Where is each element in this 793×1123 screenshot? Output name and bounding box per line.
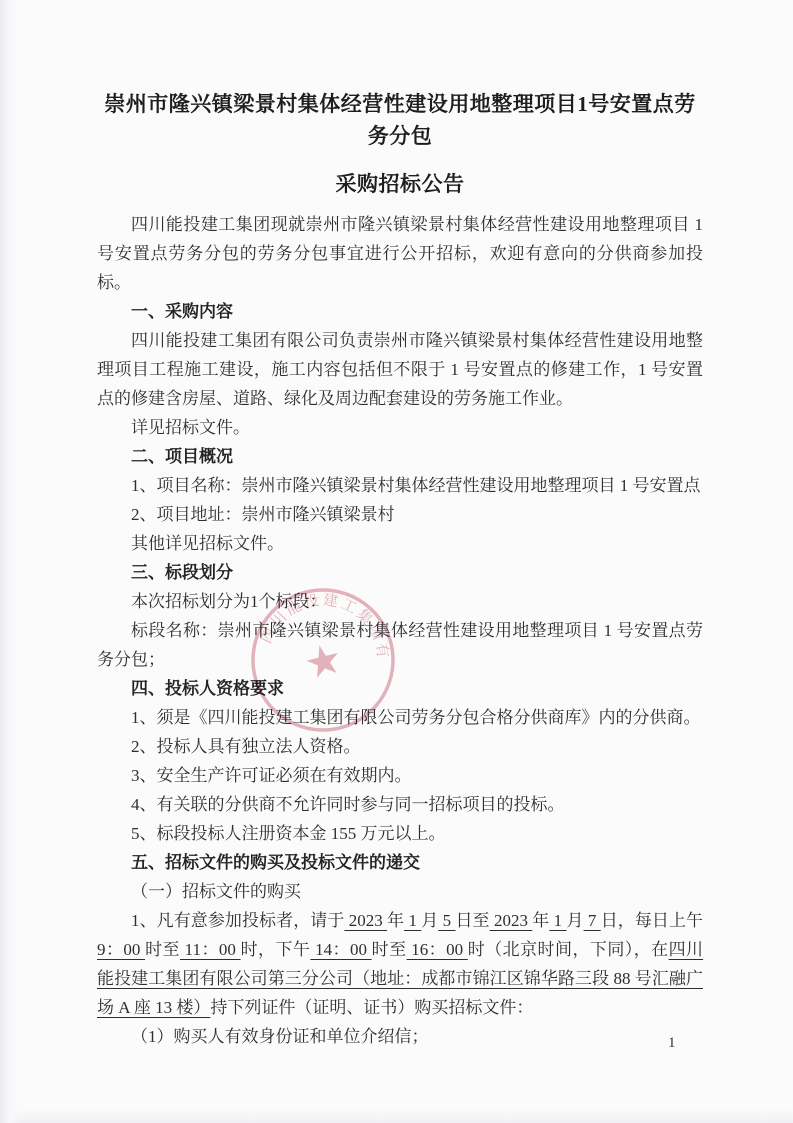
paragraph: 四川能投建工集团有限公司负责崇州市隆兴镇梁景村集体经营性建设用地整理项目工程施工… <box>97 326 703 413</box>
section-heading: 三、标段划分 <box>97 558 703 587</box>
underlined-blank-text: 9：00 <box>97 940 145 959</box>
underlined-blank-text: 14：00 <box>310 940 371 959</box>
text-run: 1、须是《四川能投建工集团有限公司劳务分包合格分供商库》内的分供商。 <box>131 708 701 727</box>
paragraph: 1、须是《四川能投建工集团有限公司劳务分包合格分供商库》内的分供商。 <box>97 703 703 732</box>
paragraph: 标段名称：崇州市隆兴镇梁景村集体经营性建设用地整理项目 1 号安置点劳务分包； <box>97 616 703 674</box>
text-run: 日，每日上午 <box>601 911 703 930</box>
text-run: 四、投标人资格要求 <box>131 679 284 698</box>
document-page: 崇州市隆兴镇梁景村集体经营性建设用地整理项目1号安置点劳务分包 采购招标公告 四… <box>0 0 793 1123</box>
text-run: 五、招标文件的购买及投标文件的递交 <box>131 853 420 872</box>
text-run: 时，下午 <box>241 940 311 959</box>
text-run: 详见招标文件。 <box>131 418 250 437</box>
paragraph: 1、项目名称：崇州市隆兴镇梁景村集体经营性建设用地整理项目 1 号安置点 <box>97 471 703 500</box>
paragraph: 四川能投建工集团现就崇州市隆兴镇梁景村集体经营性建设用地整理项目 1 号安置点劳… <box>97 210 703 297</box>
document-title-line2: 采购招标公告 <box>97 168 703 200</box>
text-run: 四川能投建工集团现就崇州市隆兴镇梁景村集体经营性建设用地整理项目 1 号安置点劳… <box>97 215 703 292</box>
paragraph: 2、投标人具有独立法人资格。 <box>97 732 703 761</box>
section-heading: 四、投标人资格要求 <box>97 674 703 703</box>
text-run: （1）购买人有效身份证和单位介绍信； <box>131 1027 429 1046</box>
text-run: 其他详见招标文件。 <box>131 534 284 553</box>
text-run: 时（北京时间，下同），在 <box>468 940 669 959</box>
text-run: 二、项目概况 <box>131 447 233 466</box>
paragraph: （一）招标文件的购买 <box>97 877 703 906</box>
underlined-blank-text: 5 <box>438 911 455 930</box>
text-run: 标段名称：崇州市隆兴镇梁景村集体经营性建设用地整理项目 1 号安置点劳务分包； <box>97 621 703 669</box>
text-run: 3、安全生产许可证必须在有效期内。 <box>131 766 412 785</box>
text-run: 1、项目名称：崇州市隆兴镇梁景村集体经营性建设用地整理项目 1 号安置点 <box>131 476 701 495</box>
paragraph: 本次招标划分为1个标段： <box>97 587 703 616</box>
text-run: 5、标段投标人注册资本金 155 万元以上。 <box>131 824 446 843</box>
text-run: 持下列证件（证明、证书）购买招标文件： <box>210 998 533 1017</box>
text-run: 年 <box>387 911 404 930</box>
text-run: 4、有关联的分供商不允许同时参与同一招标项目的投标。 <box>131 795 565 814</box>
text-run: 2、项目地址：崇州市隆兴镇梁景村 <box>131 505 395 524</box>
paragraph: 3、安全生产许可证必须在有效期内。 <box>97 761 703 790</box>
paragraph: 2、项目地址：崇州市隆兴镇梁景村 <box>97 500 703 529</box>
underlined-blank-text: 7 <box>584 911 601 930</box>
underlined-blank-text: 2023 <box>490 911 533 930</box>
underlined-blank-text: 16：00 <box>407 940 468 959</box>
paragraph: 其他详见招标文件。 <box>97 529 703 558</box>
text-run: 一、采购内容 <box>131 302 233 321</box>
text-run: 月 <box>566 911 583 930</box>
page-number: 1 <box>668 1033 676 1053</box>
text-run: 年 <box>532 911 549 930</box>
document-content-area: 崇州市隆兴镇梁景村集体经营性建设用地整理项目1号安置点劳务分包 采购招标公告 四… <box>97 88 703 1051</box>
paragraph: 1、凡有意参加投标者，请于 2023 年 1 月 5 日至 2023 年 1 月… <box>97 906 703 1022</box>
paragraph: 5、标段投标人注册资本金 155 万元以上。 <box>97 819 703 848</box>
underlined-blank-text: 2023 <box>344 911 387 930</box>
section-heading: 五、招标文件的购买及投标文件的递交 <box>97 848 703 877</box>
text-run: 三、标段划分 <box>131 563 233 582</box>
text-run: 时至 <box>372 940 407 959</box>
paragraph: 详见招标文件。 <box>97 413 703 442</box>
underlined-blank-text: 1 <box>549 911 566 930</box>
text-run: 2、投标人具有独立法人资格。 <box>131 737 361 756</box>
text-run: （一）招标文件的购买 <box>131 882 301 901</box>
paragraph: 4、有关联的分供商不允许同时参与同一招标项目的投标。 <box>97 790 703 819</box>
section-heading: 一、采购内容 <box>97 297 703 326</box>
underlined-blank-text: 1 <box>404 911 421 930</box>
paragraph: （1）购买人有效身份证和单位介绍信； <box>97 1022 703 1051</box>
text-run: 时至 <box>145 940 180 959</box>
text-run: 月 <box>421 911 438 930</box>
document-title-line1: 崇州市隆兴镇梁景村集体经营性建设用地整理项目1号安置点劳务分包 <box>97 88 703 152</box>
document-body: 四川能投建工集团现就崇州市隆兴镇梁景村集体经营性建设用地整理项目 1 号安置点劳… <box>97 210 703 1051</box>
text-run: 日至 <box>455 911 489 930</box>
text-run: 本次招标划分为1个标段： <box>131 592 327 611</box>
text-run: 1、凡有意参加投标者，请于 <box>131 911 344 930</box>
text-run: 四川能投建工集团有限公司负责崇州市隆兴镇梁景村集体经营性建设用地整理项目工程施工… <box>97 331 703 408</box>
underlined-blank-text: 11：00 <box>180 940 241 959</box>
section-heading: 二、项目概况 <box>97 442 703 471</box>
